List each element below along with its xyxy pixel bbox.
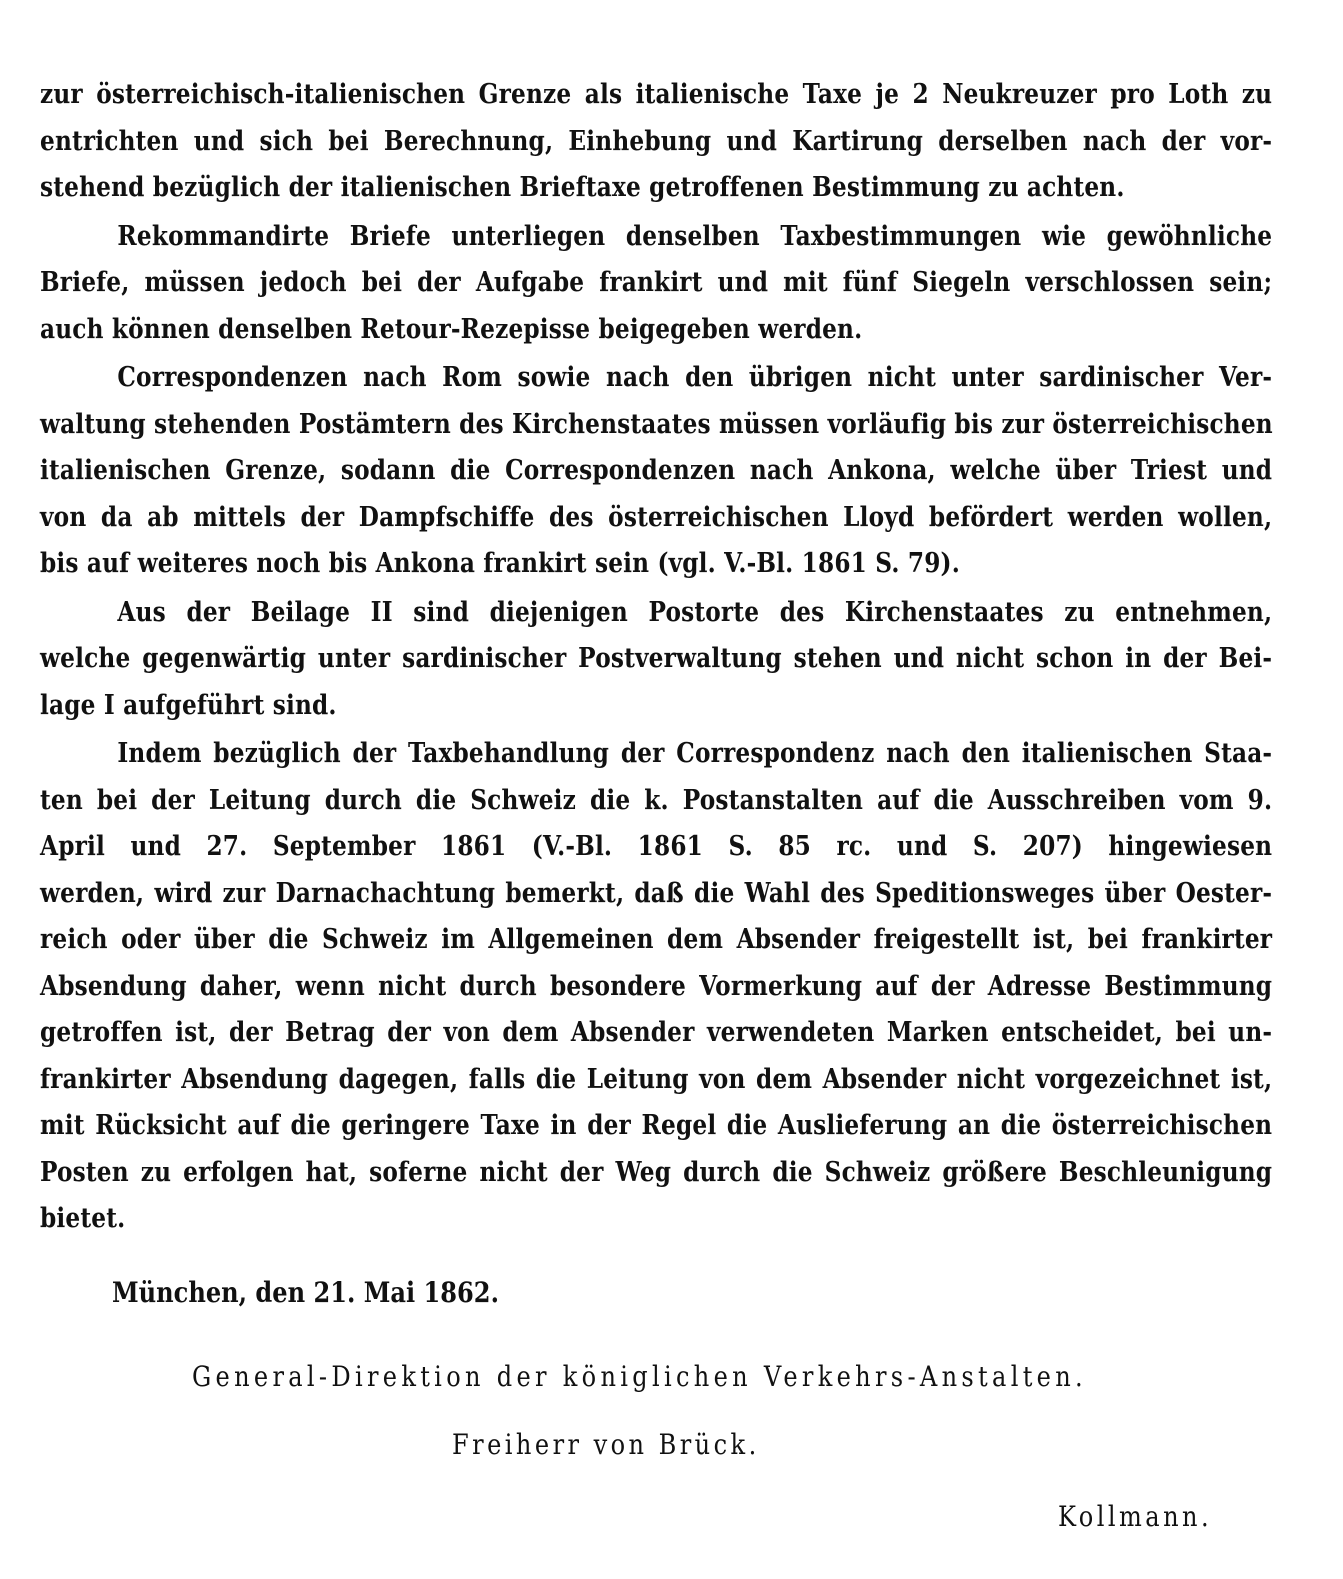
text-line: getroffen ist, der Betrag der von dem Ab… — [40, 1010, 1272, 1057]
text-line: bietet. — [40, 1196, 1272, 1243]
text-line: Briefe, müssen jedoch bei der Aufgabe fr… — [40, 260, 1272, 307]
text-line: italienischen Grenze, sodann die Corresp… — [40, 448, 1272, 495]
text-line: reich oder über die Schweiz im Allgemein… — [40, 917, 1272, 964]
text-line: welche gegenwärtig unter sardinischer Po… — [40, 636, 1272, 683]
document-body: zur österreichisch-italienischen Grenze … — [40, 72, 1272, 1243]
text-line: frankirter Absendung dagegen, falls die … — [40, 1057, 1272, 1104]
issuing-authority: General-Direktion der königlichen Verkeh… — [192, 1360, 1087, 1393]
text-line: bis auf weiteres noch bis Ankona frankir… — [40, 541, 1272, 588]
paragraph-tax-instructions: zur österreichisch-italienischen Grenze … — [40, 72, 1272, 212]
text-line: waltung stehenden Postämtern des Kirchen… — [40, 402, 1272, 449]
text-line: Absendung daher, wenn nicht durch besond… — [40, 964, 1272, 1011]
text-line: April und 27. September 1861 (V.-Bl. 186… — [40, 824, 1272, 871]
text-line: von da ab mittels der Dampfschiffe des ö… — [40, 495, 1272, 542]
text-line: Aus der Beilage II sind diejenigen Posto… — [40, 590, 1272, 637]
text-line: Rekommandirte Briefe unterliegen denselb… — [40, 214, 1272, 261]
paragraph-routing-switzerland: Indem bezüglich der Taxbehandlung der Co… — [40, 731, 1272, 1243]
text-line: Posten zu erfolgen hat, soferne nicht de… — [40, 1150, 1272, 1197]
text-line: entrichten und sich bei Berechnung, Einh… — [40, 119, 1272, 166]
paragraph-registered-letters: Rekommandirte Briefe unterliegen denselb… — [40, 214, 1272, 354]
text-line: Indem bezüglich der Taxbehandlung der Co… — [40, 731, 1272, 778]
text-line: werden, wird zur Darnachachtung bemerkt,… — [40, 871, 1272, 918]
place-and-date: München, den 21. Mai 1862. — [112, 1276, 499, 1309]
countersignatory-name: Kollmann. — [1058, 1500, 1212, 1533]
signatory-name: Freiherr von Brück. — [452, 1428, 760, 1461]
text-line: zur österreichisch-italienischen Grenze … — [40, 72, 1272, 119]
text-line: auch können denselben Retour-Rezepisse b… — [40, 307, 1272, 354]
text-line: mit Rücksicht auf die geringere Taxe in … — [40, 1103, 1272, 1150]
paragraph-beilage-reference: Aus der Beilage II sind diejenigen Posto… — [40, 590, 1272, 730]
paragraph-rome-correspondence: Correspondenzen nach Rom sowie nach den … — [40, 355, 1272, 588]
text-line: ten bei der Leitung durch die Schweiz di… — [40, 778, 1272, 825]
text-line: Correspondenzen nach Rom sowie nach den … — [40, 355, 1272, 402]
text-line: stehend bezüglich der italienischen Brie… — [40, 165, 1272, 212]
text-line: lage I aufgeführt sind. — [40, 683, 1272, 730]
